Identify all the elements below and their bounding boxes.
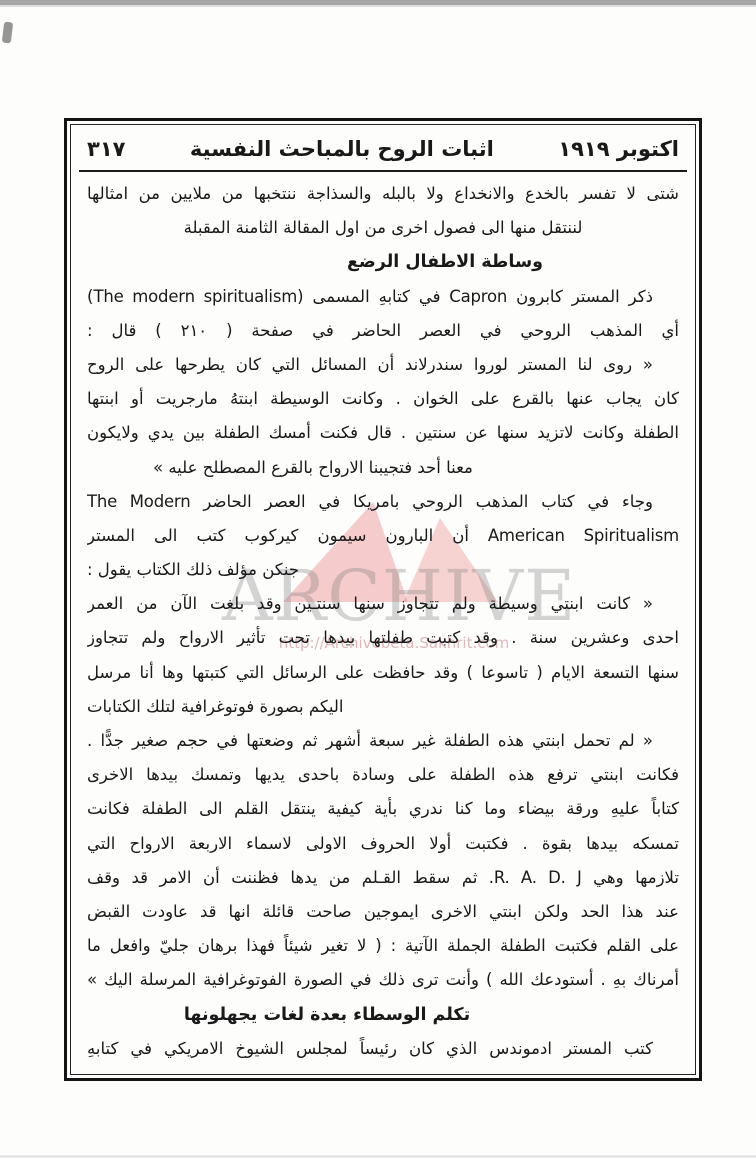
- section-heading-mediums-languages: تكلم الوسطاء بعدة لغات يجهلونها: [31, 998, 623, 1032]
- text-line: عند هذا الحد ولكن ابنتي الاخرى ايموجين ص…: [87, 895, 679, 929]
- text-line: وجاء في كتاب المذهب الروحي بامريكا في ال…: [87, 485, 679, 519]
- text-line: شتى لا تفسر بالخدع والانخداع ولا بالبله …: [87, 177, 679, 211]
- text-line: فكانت ابنتي ترفع هذه الطفلة على وسادة با…: [87, 758, 679, 792]
- scanned-book-page: ARCHIVE http://Archivebeta.Sakhrit.com ا…: [0, 0, 756, 1158]
- text-line: « لم تحمل ابنتي هذه الطفلة غير سبعة أشهر…: [87, 724, 679, 758]
- scan-smudge: [2, 22, 13, 44]
- text-line: أمرناك بهِ . أستودعك الله ) وأنت ترى ذلك…: [87, 963, 679, 997]
- text-line: أي المذهب الروحي في العصر الحاضر في صفحة…: [87, 314, 679, 348]
- text-line: الطفلة وكانت لاتزيد سنها عن سنتين . قال …: [87, 416, 679, 450]
- text-line: اليكم بصورة فوتوغرافية لتلك الكتابات: [87, 690, 679, 724]
- text-line: كتاباً عليهِ ورقة بيضاء وما كنا ندري بأي…: [87, 792, 679, 826]
- text-line: جنكن مؤلف ذلك الكتاب يقول :: [87, 553, 679, 587]
- text-line: تمسكه بيدها بقوة . فكتبت أولا الحروف الا…: [87, 827, 679, 861]
- text-line: كتب المستر ادموندس الذي كان رئيساً لمجلس…: [87, 1032, 679, 1066]
- text-line: كان يجاب عنها بالقرع على الخوان . وكانت …: [87, 382, 679, 416]
- text-line: سنها التسعة الايام ( تاسوعا ) وقد حافظت …: [87, 656, 679, 690]
- header-page-number: ٣١٧: [87, 137, 125, 161]
- text-line: لننتقل منها الى فصول اخرى من اول المقالة…: [87, 211, 679, 245]
- text-line: ذكر المستر كابرون Capron في كتابهِ المسم…: [87, 280, 679, 314]
- section-heading-infant-mediums: وساطة الاطفال الرضع: [149, 245, 741, 279]
- text-line: « روى لنا المستر لوروا سندرلاند أن المسا…: [87, 348, 679, 382]
- header-title: اثبات الروح بالمباحث النفسية: [190, 137, 494, 161]
- scan-edge-top-light: [0, 5, 756, 7]
- text-line: « كانت ابنتي وسيطة ولم تتجاوز سنها سنتـي…: [87, 587, 679, 621]
- body-text: شتى لا تفسر بالخدع والانخداع ولا بالبله …: [79, 172, 687, 1066]
- text-line: تلازمها وهي R. A. D. J. ثم سقط القـلم من…: [87, 861, 679, 895]
- page-content: اكتوبر ١٩١٩ اثبات الروح بالمباحث النفسية…: [71, 125, 695, 1074]
- text-line: American Spiritualism أن البارون سيمون ك…: [87, 519, 679, 553]
- page-border-frame: اكتوبر ١٩١٩ اثبات الروح بالمباحث النفسية…: [64, 118, 702, 1081]
- text-line: احدى وعشرين سنة . وقد كتبت طفلتها بيدها …: [87, 621, 679, 655]
- running-header: اكتوبر ١٩١٩ اثبات الروح بالمباحث النفسية…: [79, 130, 687, 172]
- text-line: معنا أحد فتجيبنا الارواح بالقرع المصطلح …: [87, 451, 679, 485]
- page-border-frame-inner: اكتوبر ١٩١٩ اثبات الروح بالمباحث النفسية…: [70, 124, 696, 1075]
- header-date: اكتوبر ١٩١٩: [558, 137, 679, 161]
- text-line: على القلم فكتبت الطفلة الجملة الآتية : (…: [87, 929, 679, 963]
